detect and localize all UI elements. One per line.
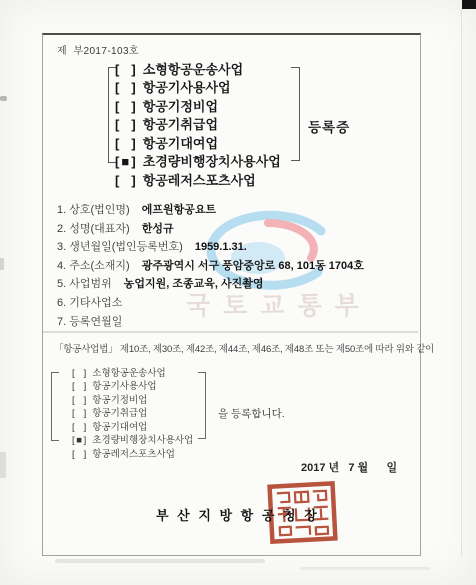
document-number: 제 부2017-103호 bbox=[57, 42, 139, 57]
checkbox-checked: [■] bbox=[115, 153, 136, 171]
business-type-label: 항공기대여업 bbox=[143, 136, 218, 151]
business-type-label: 항공기정비업 bbox=[92, 395, 147, 406]
business-type-list-bottom: []소형항공운송사업 []항공기사용사업 []항공기정비업 []항공기취급업 [… bbox=[72, 367, 193, 461]
scan-page-edge bbox=[461, 8, 462, 556]
checkbox: [] bbox=[115, 61, 136, 79]
business-type-row-checked: [■]초경량비행장치사용사업 bbox=[72, 434, 193, 447]
business-type-label: 항공기취급업 bbox=[143, 117, 218, 132]
business-type-row: []항공기취급업 bbox=[115, 116, 281, 134]
business-type-row: []항공기대여업 bbox=[72, 421, 193, 434]
field-company-name: 1. 상호(법인명)에프원항공요트 bbox=[57, 201, 417, 220]
business-type-label: 항공기사용사업 bbox=[92, 381, 156, 392]
business-type-list-top: []소형항공운송사업 []항공기사용사업 []항공기정비업 []항공기취급업 [… bbox=[115, 61, 281, 190]
business-type-row: []소형항공운송사업 bbox=[72, 367, 193, 380]
checkbox-mark: ■ bbox=[75, 434, 84, 447]
checkbox: [] bbox=[72, 394, 86, 407]
checkbox: [] bbox=[72, 367, 86, 380]
field-address: 4. 주소(소재지)광주광역시 서구 풍암중앙로 68, 101동 1704호 bbox=[57, 257, 417, 276]
business-type-row: []항공레저스포츠사업 bbox=[72, 448, 193, 461]
business-type-label: 소형항공운송사업 bbox=[92, 368, 165, 379]
checkbox: [] bbox=[115, 98, 136, 116]
checkbox: [] bbox=[72, 421, 86, 434]
business-type-row: []항공기사용사업 bbox=[115, 79, 281, 97]
issuing-authority: 부 산 지 방 항 공 청 장 bbox=[156, 505, 319, 524]
legal-basis-text: 「항공사업법」 제10조, 제30조, 제42조, 제44조, 제46조, 제4… bbox=[54, 341, 422, 355]
scan-edge-mark bbox=[0, 452, 6, 478]
business-type-label: 항공기대여업 bbox=[92, 422, 147, 433]
registration-fields: 1. 상호(법인명)에프원항공요트 2. 성명(대표자)한성규 3. 생년월일(… bbox=[57, 201, 417, 331]
bracket-right-top-list bbox=[291, 67, 300, 161]
checkbox: [] bbox=[72, 407, 86, 420]
checkbox: [] bbox=[115, 79, 136, 97]
scanned-certificate-page: 국토교통부 제 부2017-103호 []소형항공운송사업 []항공기사용사업 … bbox=[0, 0, 476, 585]
business-type-row: []소형항공운송사업 bbox=[115, 61, 281, 79]
business-type-label: 소형항공운송사업 bbox=[143, 62, 243, 77]
certificate-title: 등록증 bbox=[308, 116, 350, 136]
field-representative: 2. 성명(대표자)한성규 bbox=[57, 220, 417, 239]
checkbox: [] bbox=[115, 116, 136, 134]
issue-date: 2017 년 7 월 일 bbox=[301, 459, 397, 475]
field-business-scope: 5. 사업범위농업지원, 조종교육, 사진촬영 bbox=[57, 275, 417, 294]
registration-statement: 을 등록합니다. bbox=[218, 406, 285, 421]
business-type-label: 항공레저스포츠사업 bbox=[92, 449, 175, 460]
scan-streak bbox=[300, 567, 430, 570]
scan-corner-artifact bbox=[462, 0, 476, 9]
business-type-label: 항공레저스포츠사업 bbox=[143, 173, 256, 188]
checkbox-mark: ■ bbox=[119, 153, 131, 171]
field-birthdate: 3. 생년월일(법인등록번호)1959.1.31. bbox=[57, 238, 417, 257]
field-registration-date: 7. 등록연월일 bbox=[57, 313, 417, 332]
business-type-label: 항공기취급업 bbox=[92, 408, 147, 419]
bracket-left-bottom-list bbox=[51, 372, 59, 441]
business-type-row: []항공기정비업 bbox=[72, 394, 193, 407]
business-type-row: []항공레저스포츠사업 bbox=[115, 172, 281, 190]
checkbox: [] bbox=[72, 380, 86, 393]
business-type-row: []항공기정비업 bbox=[115, 98, 281, 116]
field-other-office: 6. 기타사업소 bbox=[57, 294, 417, 313]
business-type-row-checked: [■]초경량비행장치사용사업 bbox=[115, 153, 281, 171]
business-type-label: 항공기사용사업 bbox=[143, 80, 231, 95]
bracket-right-bottom-list bbox=[198, 372, 206, 439]
checkbox: [] bbox=[115, 135, 136, 153]
business-type-row: []항공기사용사업 bbox=[72, 380, 193, 393]
business-type-label: 항공기정비업 bbox=[143, 99, 218, 114]
business-type-label: 초경량비행장치사용사업 bbox=[92, 435, 193, 446]
business-type-label: 초경량비행장치사용사업 bbox=[143, 154, 281, 169]
scan-edge-mark bbox=[0, 258, 4, 270]
business-type-row: []항공기취급업 bbox=[72, 407, 193, 420]
checkbox-checked: [■] bbox=[72, 434, 86, 447]
checkbox: [] bbox=[115, 172, 136, 190]
scan-streak bbox=[55, 559, 265, 563]
checkbox: [] bbox=[72, 448, 86, 461]
business-type-row: []항공기대여업 bbox=[115, 135, 281, 153]
scan-edge-mark bbox=[0, 96, 7, 101]
